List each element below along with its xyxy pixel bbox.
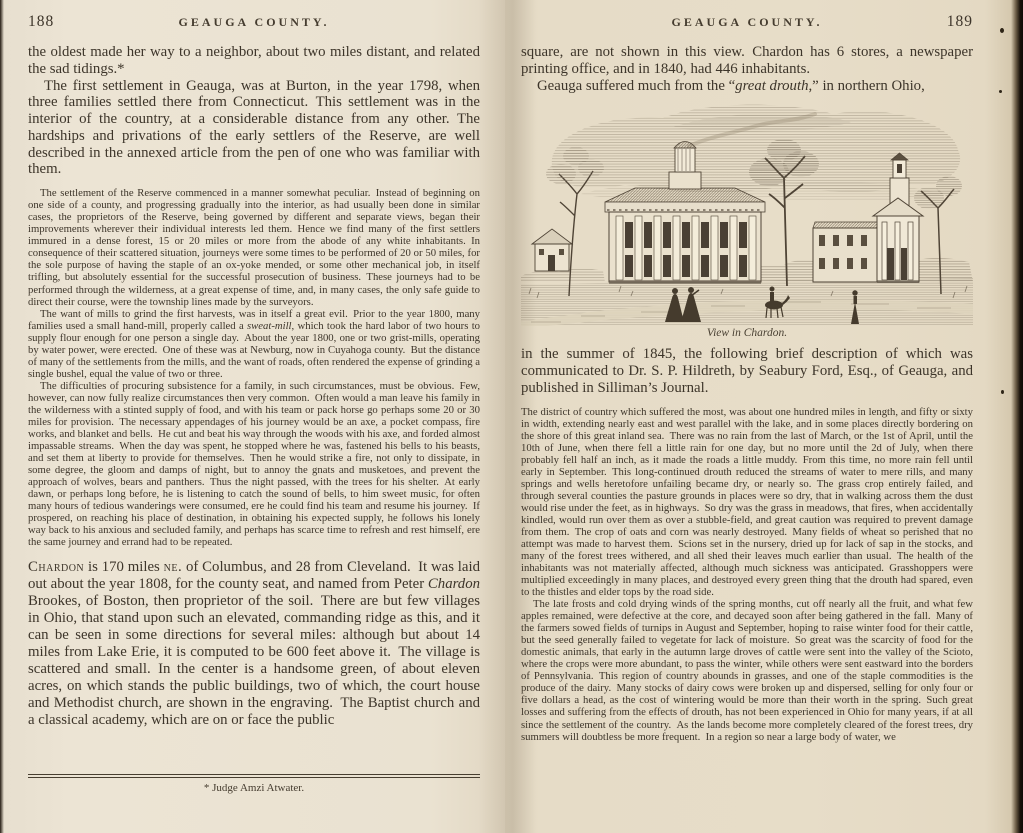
after-engraving-block: in the summer of 1845, the following bri… bbox=[521, 346, 973, 396]
chardon-paragraph: Chardon is 170 miles ne. of Columbus, an… bbox=[28, 559, 480, 728]
left-running-head: GEAUGA COUNTY. bbox=[28, 15, 480, 30]
right-main-text: square, are not shown in this view. Char… bbox=[521, 44, 973, 94]
paragraph: square, are not shown in this view. Char… bbox=[521, 44, 973, 78]
engraving-caption: View in Chardon. bbox=[521, 327, 973, 339]
ink-speck bbox=[1001, 390, 1004, 394]
paragraph: The late frosts and cold drying winds of… bbox=[521, 598, 973, 742]
after-engraving-paragraph: in the summer of 1845, the following bri… bbox=[521, 346, 973, 396]
chardon-paragraph-block: Chardon is 170 miles ne. of Columbus, an… bbox=[28, 559, 480, 728]
paragraph: the oldest made her way to a neighbor, a… bbox=[28, 44, 480, 78]
paragraph: The district of country which suffered t… bbox=[521, 406, 973, 599]
ink-speck bbox=[1000, 28, 1004, 33]
right-page: GEAUGA COUNTY. 189 square, are not shown… bbox=[505, 0, 1023, 833]
left-page: 188 GEAUGA COUNTY. the oldest made her w… bbox=[0, 0, 505, 833]
paragraph: The difficulties of procuring subsistenc… bbox=[28, 380, 480, 548]
left-fine-print: The settlement of the Reserve commenced … bbox=[28, 187, 480, 548]
right-page-number: 189 bbox=[947, 13, 973, 31]
paragraph: The want of mills to grind the first har… bbox=[28, 308, 480, 380]
footnote: * Judge Amzi Atwater. bbox=[28, 782, 480, 794]
right-fine-print: The district of country which suffered t… bbox=[521, 406, 973, 743]
ink-speck bbox=[999, 90, 1002, 93]
left-page-header: 188 GEAUGA COUNTY. bbox=[28, 13, 480, 35]
engraving-svg bbox=[521, 98, 973, 326]
engraving-view-in-chardon bbox=[521, 98, 973, 326]
left-main-text: the oldest made her way to a neighbor, a… bbox=[28, 44, 480, 178]
paragraph: The first settlement in Geauga, was at B… bbox=[28, 78, 480, 179]
small-house bbox=[532, 229, 572, 271]
ground bbox=[521, 278, 973, 326]
right-running-head: GEAUGA COUNTY. bbox=[521, 15, 973, 30]
right-page-header: GEAUGA COUNTY. 189 bbox=[521, 13, 973, 35]
book-scan: { "colors": { "paper_left": "#eae2d1", "… bbox=[0, 0, 1023, 833]
paragraph: The settlement of the Reserve commenced … bbox=[28, 187, 480, 307]
footnote-rule bbox=[28, 774, 480, 778]
paragraph: Geauga suffered much from the “great dro… bbox=[521, 78, 973, 95]
